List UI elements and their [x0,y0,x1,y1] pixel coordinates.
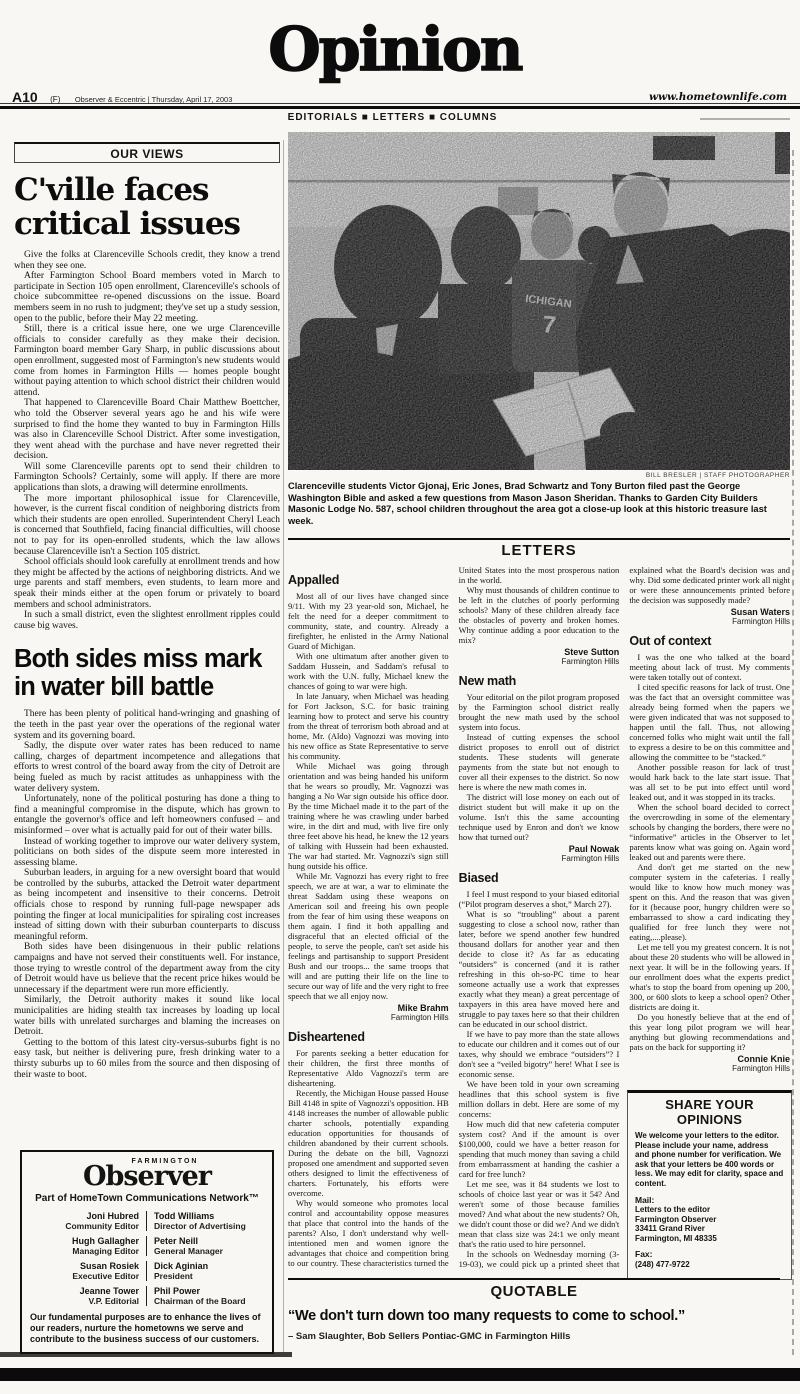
staff-name: Peter Neill [154,1236,264,1246]
editorial-paragraph: After Farmington School Board members vo… [14,271,280,324]
letter-author: Mike Brahm [288,1003,449,1013]
quotable-title: QUOTABLE [288,1283,780,1300]
letter-heading: Out of context [629,634,790,648]
observer-masthead-box: FARMINGTON Observer Part of HomeTown Com… [20,1150,274,1354]
letter-signature: Connie Knie Farmington Hills [629,1054,790,1073]
quotable-section: QUOTABLE “We don't turn down too many re… [288,1278,780,1342]
photo-caption: Clarenceville students Victor Gjonaj, Er… [288,481,790,527]
letter-paragraph: Do you honestly believe that at the end … [629,1012,790,1052]
section-subnav: EDITORIALS ■ LETTERS ■ COLUMNS [0,112,785,123]
letter-signature: Paul Nowak Farmington Hills [459,844,620,863]
website-link[interactable]: www.hometownlife.com [649,91,787,103]
staff-row: Joni Hubred Community Editor Todd Willia… [30,1211,264,1231]
letter-paragraph: With one ultimatum after another given t… [288,651,449,691]
letter-paragraph: Recently, the Michigan House passed Hous… [288,1088,449,1198]
network-line: Part of HomeTown Communications Network™ [30,1193,264,1205]
staff-row: Jeanne Tower V.P. Editorial Phil Power C… [30,1286,264,1306]
mail-line: Farmington Observer [635,1215,784,1225]
letter-signature: Mike Brahm Farmington Hills [288,1003,449,1022]
letter-author-city: Farmington Hills [629,1064,790,1073]
editorial-paragraph: Both sides have been disingenuous in the… [14,942,280,995]
page-info: A10 (F) Observer & Eccentric | Thursday,… [12,89,232,107]
letter-paragraph: If we have to pay more than the state al… [459,1029,620,1079]
editorial-paragraph: The more important philosophical issue f… [14,494,280,558]
letter-paragraph: What is so “troubling” about a parent su… [459,909,620,1029]
staff-title: President [154,1271,264,1281]
editorial-2-body: There has been plenty of political hand-… [14,709,280,1080]
letter-signature: Susan Waters Farmington Hills [629,607,790,626]
mail-line: Letters to the editor [635,1205,784,1215]
letter-paragraph: Another possible reason for lack of trus… [629,762,790,802]
letter-paragraph: Instead of cutting expenses the school d… [459,732,620,792]
mail-lines: Letters to the editorFarmington Observer… [635,1205,784,1243]
staff-name: Hugh Gallagher [30,1236,139,1246]
photo-illustration: ICHIGAN 7 [288,132,790,470]
staff-cell-right: Peter Neill General Manager [147,1236,264,1256]
staff-title: General Manager [154,1246,264,1256]
news-photo: ICHIGAN 7 [288,132,790,470]
editorial-paragraph: Similarly, the Detroit authority makes i… [14,995,280,1037]
editorial-paragraph: Give the folks at Clarenceville Schools … [14,250,280,271]
staff-title: V.P. Editorial [30,1296,139,1306]
staff-cell-left: Hugh Gallagher Managing Editor [30,1236,147,1256]
letter-heading: New math [459,674,620,688]
letter-body: Your editorial on the pilot program prop… [459,692,620,842]
staff-cell-right: Todd Williams Director of Advertising [147,1211,264,1231]
staff-name: Phil Power [154,1286,264,1296]
quotable-attribution: – Sam Slaughter, Bob Sellers Pontiac-GMC… [288,1331,780,1342]
editorial-paragraph: Sadly, the dispute over water rates has … [14,741,280,794]
quotable-quote: “We don't turn down too many requests to… [288,1308,780,1324]
mission-statement: Our fundamental purposes are to enhance … [30,1312,264,1345]
editorial-paragraph: There has been plenty of political hand-… [14,709,280,741]
column-divider-rule [283,140,284,1352]
letter: Appalled Most all of our lives have chan… [288,573,449,1022]
letter-paragraph: While Michael was going through orientat… [288,761,449,871]
bottom-rule-full [0,1368,800,1381]
fax-label: Fax: [635,1250,784,1260]
newspaper-opinion-page: Opinion A10 (F) Observer & Eccentric | T… [0,0,800,1394]
page-edition: (F) [50,95,60,104]
letter-paragraph: Let me tell you my greatest concern. It … [629,942,790,1012]
letter-body: I was the one who talked at the board me… [629,652,790,1052]
editorial-paragraph: Getting to the bottom of this latest cit… [14,1038,280,1080]
page-edge-dashes [792,150,794,1355]
editorial-paragraph: School officials should look carefully a… [14,557,280,610]
staff-title: Director of Advertising [154,1221,264,1231]
letter-paragraph: I was the one who talked at the board me… [629,652,790,682]
editorial-paragraph: Instead of working together to improve o… [14,837,280,869]
staff-name: Todd Williams [154,1211,264,1221]
letter-paragraph: I feel I must respond to your biased edi… [459,889,620,909]
letter-paragraph: Your editorial on the pilot program prop… [459,692,620,732]
staff-row: Hugh Gallagher Managing Editor Peter Nei… [30,1236,264,1256]
letter-paragraph: Why must thousands of children continue … [459,585,620,645]
staff-cell-right: Dick Aginian President [147,1261,264,1281]
editorial-paragraph: Suburban leaders, in arguing for a new o… [14,868,280,942]
editorial-paragraph: In such a small district, even the sligh… [14,610,280,631]
letter-signature: Steve Sutton Farmington Hills [459,647,620,666]
letter-paragraph: I cited specific reasons for lack of tru… [629,682,790,762]
letter-author: Susan Waters [629,607,790,617]
editorial-1-headline: C'ville faces critical issues [14,173,280,241]
editorial-paragraph: That happened to Clarenceville Board Cha… [14,398,280,462]
letter-heading: Disheartened [288,1030,449,1044]
letter-paragraph: How much did that new cafeteria computer… [459,1119,620,1179]
issue-line: Observer & Eccentric | Thursday, April 1… [75,95,233,104]
letter-paragraph: Most all of our lives have changed since… [288,591,449,651]
letter-author-city: Farmington Hills [629,617,790,626]
page-number: A10 [12,89,38,105]
share-intro: We welcome your letters to the editor. P… [635,1131,784,1189]
letter-author-city: Farmington Hills [288,1013,449,1022]
letter-paragraph: The district will lose money on each out… [459,792,620,842]
letter-body: Most all of our lives have changed since… [288,591,449,1001]
letter-author-city: Farmington Hills [459,657,620,666]
letter-author: Paul Nowak [459,844,620,854]
editorial-column: OUR VIEWS C'ville faces critical issues … [14,142,280,1150]
editorial-2-headline: Both sides miss mark in water bill battl… [14,645,280,701]
letter: Out of context I was the one who talked … [629,634,790,1073]
editorial-paragraph: Will some Clarenceville parents opt to s… [14,462,280,494]
staff-cell-left: Joni Hubred Community Editor [30,1211,147,1231]
staff-title: Executive Editor [30,1271,139,1281]
staff-name: Joni Hubred [30,1211,139,1221]
mail-label: Mail: [635,1196,784,1206]
staff-name: Jeanne Tower [30,1286,139,1296]
letter-author: Steve Sutton [459,647,620,657]
letter-heading: Appalled [288,573,449,587]
editorial-paragraph: Still, there is a critical issue here, o… [14,324,280,398]
letter-paragraph: We have been told in your own screaming … [459,1079,620,1119]
letter-author-city: Farmington Hills [459,854,620,863]
mail-line: Farmington, MI 48335 [635,1234,784,1244]
letters-title: LETTERS [288,540,790,559]
share-opinions-box: SHARE YOUR OPINIONS We welcome your lett… [627,1090,792,1280]
letter-paragraph: And don't get me started on the new comp… [629,862,790,942]
letter-paragraph: When the school board decided to correct… [629,802,790,862]
staff-title: Chairman of the Board [154,1296,264,1306]
fax-number: (248) 477-9722 [635,1260,784,1270]
staff-name: Susan Rosiek [30,1261,139,1271]
editorial-1-body: Give the folks at Clarenceville Schools … [14,250,280,631]
letter-author: Connie Knie [629,1054,790,1064]
letter-paragraph: For parents seeking a better education f… [288,1048,449,1088]
staff-cell-right: Phil Power Chairman of the Board [147,1286,264,1306]
editorial-paragraph: Unfortunately, none of the political pos… [14,794,280,836]
staff-title: Managing Editor [30,1246,139,1256]
staff-cell-left: Jeanne Tower V.P. Editorial [30,1286,147,1306]
staff-cell-left: Susan Rosiek Executive Editor [30,1261,147,1281]
mail-line: 33411 Grand River [635,1224,784,1234]
letter-paragraph: While Mr. Vagnozzi has every right to fr… [288,871,449,1001]
our-views-kicker: OUR VIEWS [14,142,280,163]
section-masthead: Opinion [268,20,521,80]
observer-logo: Observer [30,1163,264,1190]
staff-list: Joni Hubred Community Editor Todd Willia… [30,1211,264,1306]
letter-paragraph: Let me see, was it 84 students we lost t… [459,1179,620,1249]
photo-credit: BILL BRESLER | STAFF PHOTOGRAPHER [288,472,790,479]
letter: New math Your editorial on the pilot pro… [459,674,620,863]
letter-paragraph: In late January, when Michael was headin… [288,691,449,761]
staff-name: Dick Aginian [154,1261,264,1271]
staff-row: Susan Rosiek Executive Editor Dick Agini… [30,1261,264,1281]
share-title: SHARE YOUR OPINIONS [635,1097,784,1127]
letter-heading: Biased [459,871,620,885]
staff-title: Community Editor [30,1221,139,1231]
